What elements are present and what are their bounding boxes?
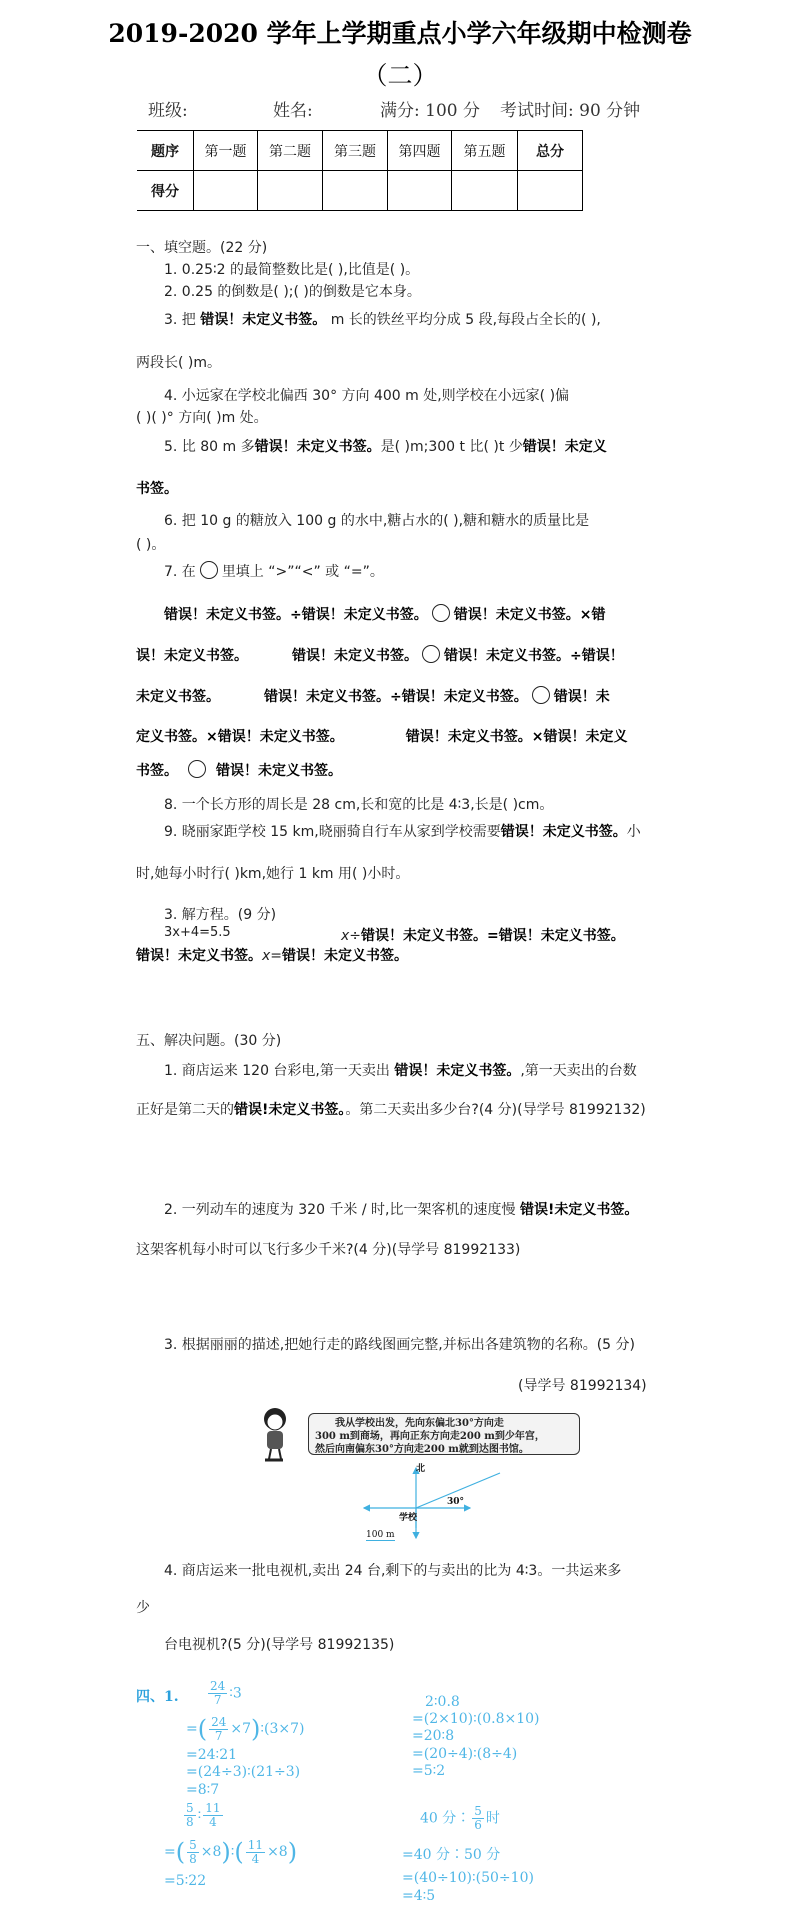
q7-row-3: 未定义书签。错误！未定义书签。÷错误！未定义书签。错误！未 [136,686,610,706]
q3-text-c: m 长的铁丝平均分成 5 段,每段占全长的( ), [326,312,601,328]
cell-q2: 第二题 [258,131,323,171]
bookmark-error: 错误！未定义书签。 [200,312,326,328]
bookmark-error: 错误！未定义书签。=错误！未定义书签。 [361,928,625,944]
fraction: 58 [184,1802,196,1829]
equation-2: x÷错误！未定义书签。=错误！未定义书签。 [341,925,625,945]
numerator: 5 [472,1805,484,1819]
answer-d-start: 40 分∶56时 [420,1805,500,1832]
numerator: 5 [184,1802,196,1816]
numerator: 24 [209,1716,228,1730]
q7-expr: 误！未定义书签。 [136,648,248,664]
compare-circle-input[interactable] [188,760,206,778]
q7-row-5: 书签。错误！未定义书签。 [136,760,342,780]
paren: ( [198,1715,207,1743]
answer-c-start: 58∶114 [182,1802,225,1829]
q7-expr: 错误！未定义书签。×错 [454,607,606,623]
fraction: 114 [203,1802,222,1829]
numerator: 11 [203,1802,222,1816]
bookmark-error: 错误!未定义书签。 [520,1202,638,1218]
answer-text: 时 [486,1811,500,1827]
q3-text-a: 3. 把 [164,312,200,328]
answer-text: ×8 [267,1844,288,1860]
answer-a-start: 247∶3 [206,1680,242,1707]
denominator: 8 [187,1853,199,1866]
question-3-cont: 两段长( )m。 [136,352,221,372]
bookmark-error: 错误！未定义书签。 [501,824,627,840]
eq3-var: x= [262,948,282,964]
compare-circle-input[interactable] [432,604,450,622]
problem-2: 2. 一列动车的速度为 320 千米 / 时,比一架客机的速度慢 错误!未定义书… [164,1199,638,1219]
q7-expr: 错误！未定义书签。÷错误！未定义书签。 [164,607,428,623]
paren: ) [288,1838,297,1866]
full-score: 满分: 100 分 [380,96,480,121]
answer-text: 40 分∶ [420,1811,470,1827]
answer-b-step1: =(2×10)∶(0.8×10) [412,1711,539,1727]
cell-q1: 第一题 [194,131,258,171]
problem-4-cont: 少 [136,1597,150,1617]
score-table-score-row: 得分 [137,171,583,211]
problem-3-ref: (导学号 81992134) [518,1375,647,1395]
score-input-q2[interactable] [258,171,323,211]
exam-meta: 班级: 姓名: 满分: 100 分 考试时间: 90 分钟 [0,96,800,124]
paren: ( [234,1838,243,1866]
q7-row-4: 定义书签。×错误！未定义书签。错误！未定义书签。×错误！未定义 [136,726,627,746]
exam-title: 2019-2020 学年上学期重点小学六年级期中检测卷 [0,14,800,50]
speech-bubble: 我从学校出发，先向东偏北30°方向走 300 m到商场，再向正东方向走200 m… [308,1413,580,1455]
paren: ( [176,1838,185,1866]
score-input-total[interactable] [518,171,583,211]
answer-a-step2: =24∶21 [186,1747,237,1763]
answer-d-step3: =4∶5 [402,1888,435,1904]
girl-illustration [253,1405,303,1465]
eq-sign: = [186,1721,198,1737]
answer-text: ∶3 [229,1686,242,1702]
numerator: 11 [246,1839,265,1853]
question-7: 7. 在里填上 “>”“<” 或 “=”。 [164,561,384,581]
problem-4-cont2: 台电视机?(5 分)(导学号 81992135) [164,1634,394,1654]
circle-blank-icon [200,561,218,579]
q9-text-a: 9. 晓丽家距学校 15 km,晓丽骑自行车从家到学校需要 [164,824,501,840]
bookmark-error: 错误！未定义书签。 [394,1063,520,1079]
score-input-q5[interactable] [452,171,518,211]
section3-heading: 3. 解方程。(9 分) [164,904,276,924]
fraction: 114 [246,1839,265,1866]
question-2: 2. 0.25 的倒数是( );( )的倒数是它本身。 [164,281,421,301]
q7-expr: 定义书签。×错误！未定义书签。 [136,729,344,745]
answer-text: ×7 [230,1721,251,1737]
fraction: 247 [208,1680,227,1707]
bookmark-error: 错误！未定义书签。 [136,948,262,964]
angle-label: 30° [447,1497,464,1507]
p2-text-a: 2. 一列动车的速度为 320 千米 / 时,比一架客机的速度慢 [164,1202,520,1218]
paren: ) [251,1715,260,1743]
q7-expr: 未定义书签。 [136,689,220,705]
q7-expr: 错误！未 [554,689,610,705]
answer-text: ∶(3×7) [260,1721,304,1737]
answer-d-step1: =40 分∶50 分 [402,1844,500,1864]
numerator: 5 [187,1839,199,1853]
eq-sign: = [164,1844,176,1860]
q7-expr: 错误！未定义书签。÷错误！未定义书签。 [264,689,528,705]
equation-3: 错误！未定义书签。x=错误！未定义书签。 [136,945,408,965]
denominator: 8 [184,1816,196,1829]
q7-text-b: 里填上 “>”“<” 或 “=”。 [222,564,384,580]
p1-text-f: 。第二天卖出多少台?(4 分)(导学号 81992132) [345,1102,645,1118]
section1-heading: 一、填空题。(22 分) [136,237,267,257]
problem-4: 4. 商店运来一批电视机,卖出 24 台,剩下的与卖出的比为 4∶3。一共运来多 [164,1560,621,1580]
compare-circle-input[interactable] [422,645,440,663]
p1-text-a: 1. 商店运来 120 台彩电,第一天卖出 [164,1063,394,1079]
fraction: 247 [209,1716,228,1743]
section5-heading: 五、解决问题。(30 分) [136,1030,281,1050]
p1-text-d: 正好是第二天的 [136,1102,234,1118]
q7-text-a: 7. 在 [164,564,196,580]
cell-header: 题序 [137,131,194,171]
answer-c-step1: =(58×8)∶(114×8) [164,1838,297,1866]
bubble-line: 然后向南偏东30°方向走200 m就到达图书馆。 [315,1443,573,1456]
problem-3: 3. 根据丽丽的描述,把她行走的路线图画完整,并标出各建筑物的名称。(5 分) [164,1334,635,1354]
answer-a-step3: =(24÷3)∶(21÷3) [186,1764,300,1780]
score-table-header-row: 题序 第一题 第二题 第三题 第四题 第五题 总分 [137,131,583,171]
answer-text: ∶ [198,1808,202,1824]
eq2-var: x÷ [341,928,361,944]
answer-c-step2: =5∶22 [164,1873,206,1889]
q7-expr: 书签。 [136,763,178,779]
route-diagram [350,1460,520,1540]
question-1: 1. 0.25∶2 的最简整数比是( ),比值是( )。 [164,259,419,279]
answer-a-step4: =8∶7 [186,1782,219,1798]
question-9-cont: 时,她每小时行( )km,她行 1 km 用( )小时。 [136,863,409,883]
answer-a-step1: =(247×7)∶(3×7) [186,1715,305,1743]
bookmark-error: 错误！未定义书签。 [282,948,408,964]
cell-total: 总分 [518,131,583,171]
q7-expr: 错误！未定义书签。×错误！未定义 [406,729,628,745]
bookmark-error: 错误！未定义 [523,439,607,455]
scale-label: 100 m [366,1530,395,1541]
north-label: 北 [416,1461,425,1474]
exam-subtitle: （二） [0,56,800,92]
answer-b-step4: =5∶2 [412,1763,445,1779]
question-5: 5. 比 80 m 多错误！未定义书签。是( )m;300 t 比( )t 少错… [164,436,607,456]
score-input-q1[interactable] [194,171,258,211]
answer-text: ×8 [201,1844,222,1860]
fraction: 56 [472,1805,484,1832]
question-6: 6. 把 10 g 的糖放入 100 g 的水中,糖占水的( ),糖和糖水的质量… [164,510,589,530]
problem-2-cont: 这架客机每小时可以飞行多少千米?(4 分)(导学号 81992133) [136,1239,520,1259]
question-8: 8. 一个长方形的周长是 28 cm,长和宽的比是 4∶3,长是( )cm。 [164,794,553,814]
exam-time: 考试时间: 90 分钟 [500,96,640,121]
denominator: 7 [208,1694,227,1707]
score-table: 题序 第一题 第二题 第三题 第四题 第五题 总分 得分 [137,130,583,211]
question-4: 4. 小远家在学校北偏西 30° 方向 400 m 处,则学校在小远家( )偏 [164,385,569,405]
question-5-cont: 书签。 [136,478,178,498]
denominator: 4 [203,1816,222,1829]
bookmark-error: 错误!未定义书签。 [234,1102,345,1118]
p1-text-c: ,第一天卖出的台数 [520,1063,636,1079]
score-input-q4[interactable] [388,171,452,211]
answer-head: 四、1. [136,1689,179,1705]
problem-1: 1. 商店运来 120 台彩电,第一天卖出 错误！未定义书签。,第一天卖出的台数 [164,1060,637,1080]
bookmark-error: 错误！未定义书签。 [255,439,381,455]
school-label: 学校 [399,1510,417,1523]
cell-q3: 第三题 [323,131,388,171]
answer-b-step3: =(20÷4)∶(8÷4) [412,1746,517,1762]
answer-d-step2: =(40÷10)∶(50÷10) [402,1870,534,1886]
bubble-line: 300 m到商场，再向正东方向走200 m到少年宫， [315,1430,573,1443]
question-3: 3. 把 错误！未定义书签。 m 长的铁丝平均分成 5 段,每段占全长的( ), [164,309,601,329]
spacer [348,726,366,744]
q7-expr: 错误！未定义书签。 [292,648,418,664]
compare-circle-input[interactable] [532,686,550,704]
fraction: 58 [187,1839,199,1866]
q7-row-2: 误！未定义书签。错误！未定义书签。错误！未定义书签。÷错误！ [136,645,624,665]
answer-b-step2: =20∶8 [412,1728,454,1744]
question-6-cont: ( )。 [136,534,165,554]
denominator: 4 [246,1853,265,1866]
q7-row-1: 错误！未定义书签。÷错误！未定义书签。错误！未定义书签。×错 [164,604,605,624]
numerator: 24 [208,1680,227,1694]
denominator: 7 [209,1730,228,1743]
cell-q4: 第四题 [388,131,452,171]
q5-text-c: 是( )m;300 t 比( )t 少 [381,439,523,455]
q7-expr: 错误！未定义书签。 [216,763,342,779]
question-9: 9. 晓丽家距学校 15 km,晓丽骑自行车从家到学校需要错误！未定义书签。小 [164,821,641,841]
bubble-line: 我从学校出发，先向东偏北30°方向走 [315,1417,573,1430]
paren: ) [221,1838,230,1866]
q7-expr: 错误！未定义书签。÷错误！ [444,648,624,664]
cell-score-label: 得分 [137,171,194,211]
question-4-cont: ( )( )° 方向( )m 处。 [136,407,268,427]
cell-q5: 第五题 [452,131,518,171]
q9-text-c: 小 [627,824,641,840]
equation-1: 3x+4=5.5 [164,925,231,940]
score-input-q3[interactable] [323,171,388,211]
answer-heading: 四、1. [136,1686,179,1706]
class-label: 班级: [148,96,188,121]
q5-text-a: 5. 比 80 m 多 [164,439,255,455]
denominator: 6 [472,1819,484,1832]
problem-1-cont: 正好是第二天的错误!未定义书签。。第二天卖出多少台?(4 分)(导学号 8199… [136,1099,646,1119]
name-label: 姓名: [273,96,313,121]
answer-b-start: 2∶0.8 [425,1694,460,1710]
